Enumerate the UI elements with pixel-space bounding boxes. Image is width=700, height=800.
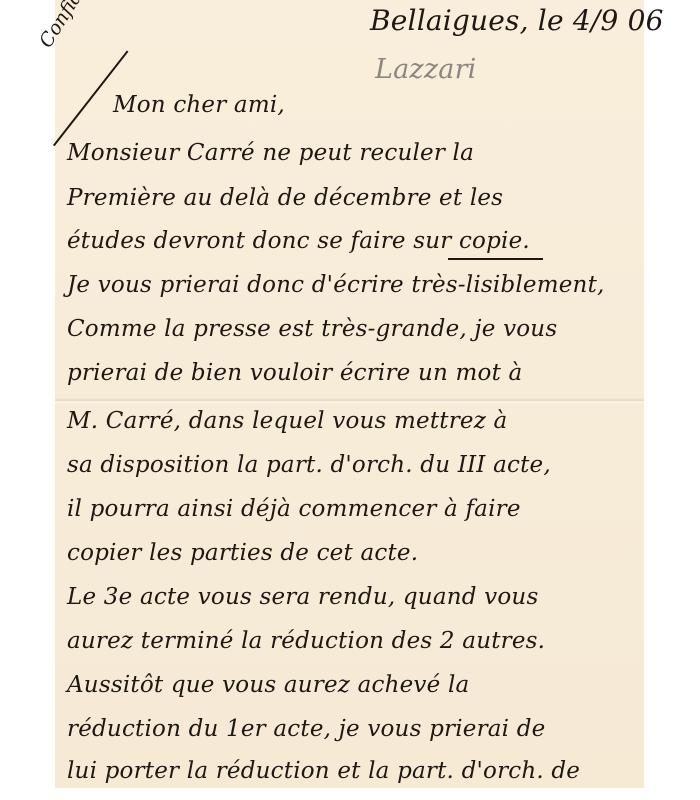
emphasis-underline bbox=[448, 258, 543, 260]
place-date: Bellaigues, le 4/9 06 bbox=[370, 4, 664, 37]
letter-line: Aussitôt que vous aurez achevé la bbox=[67, 672, 469, 698]
archival-annotation: Lazzari bbox=[375, 54, 477, 85]
letter-line: aurez terminé la réduction des 2 autres. bbox=[67, 628, 545, 654]
letter-line: copier les parties de cet acte. bbox=[67, 540, 418, 566]
margin-note-confidential: Confidentielle bbox=[35, 0, 125, 52]
letter-line-text: études devront donc se faire sur copie. bbox=[67, 228, 530, 254]
letter-line: Comme la presse est très-grande, je vous bbox=[67, 316, 557, 342]
salutation: Mon cher ami, bbox=[113, 92, 285, 118]
letter-line: Je vous prierai donc d'écrire très-lisib… bbox=[67, 272, 605, 298]
letter-line: Le 3e acte vous sera rendu, quand vous bbox=[67, 584, 538, 610]
letter-line: réduction du 1er acte, je vous prierai d… bbox=[67, 716, 545, 742]
letter-line: Monsieur Carré ne peut reculer la bbox=[67, 140, 474, 166]
letter-line: sa disposition la part. d'orch. du III a… bbox=[67, 452, 551, 478]
paper-fold-line bbox=[55, 398, 644, 404]
letter-line: lui porter la réduction et la part. d'or… bbox=[67, 758, 580, 784]
letter-line: Première au delà de décembre et les bbox=[67, 185, 503, 211]
letter-line: il pourra ainsi déjà commencer à faire bbox=[67, 496, 521, 522]
letter-line: M. Carré, dans lequel vous mettrez à bbox=[67, 408, 507, 434]
letter-line: prierai de bien vouloir écrire un mot à bbox=[67, 360, 522, 386]
letter-page: Confidentielle Bellaigues, le 4/9 06 Laz… bbox=[55, 0, 644, 788]
letter-line: études devront donc se faire sur copie. bbox=[67, 228, 530, 254]
